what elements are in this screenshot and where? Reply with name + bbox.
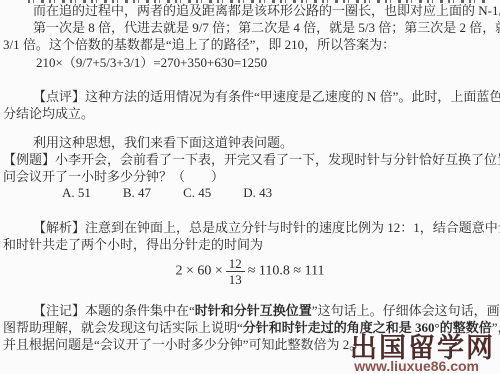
note-line-1-pre: 【注记】本题的条件集中在“	[33, 303, 195, 318]
analysis-line-1: 【解析】注意到在钟面上，总是成立分针与时针的速度比例为 12：1，结合题意中分针	[33, 221, 500, 235]
watermark-site-url: www.liuxue86.com	[354, 359, 479, 374]
formula-fraction: 1213	[226, 256, 245, 287]
example-question-line: 问会议开了一小时多少分钟？（ ）	[3, 170, 224, 184]
note-line-1-bold: 时针和分针互换位置	[195, 303, 312, 318]
chase-equation: 210×（9/7+5/3+3/1）=270+350+630=1250	[36, 56, 267, 70]
document-page: 而在追的过程中，两者的追及距离都是该环形公路的一圈长，也即对应上面的 N-1。 …	[0, 0, 500, 374]
fraction-numerator: 12	[226, 256, 245, 271]
option-c: C. 45	[183, 186, 211, 200]
note-line-1-post: ”这句话上。仔细体会这句话，画个	[312, 303, 500, 318]
option-d: D. 43	[243, 186, 272, 200]
option-b: B. 47	[123, 186, 151, 200]
note-line-3: 并且根据问题是“会议开了一小时多少分钟”可知此整数倍为 2。	[3, 338, 362, 352]
option-a: A. 51	[62, 186, 91, 200]
chase-para-line-2: 第一次是 8 倍，代进去就是 9/7 倍；第二次是 4 倍，就是 5/3 倍；第…	[33, 21, 500, 35]
fraction-denominator: 13	[226, 271, 245, 287]
note-line-1: 【注记】本题的条件集中在“时针和分针互换位置”这句话上。仔细体会这句话，画个	[33, 304, 500, 318]
example-line-1: 【例题】小李开会，会前看了一下表，开完又看了一下，发现时针与分针恰好互换了位置，	[3, 153, 500, 167]
transition-line: 利用这种思想，我们来看下面这道钟表问题。	[33, 136, 293, 150]
chase-para-line-3: 3/1 倍。这个倍数的基数都是“追上了的路径”，即 210，所以答案为：	[3, 38, 395, 52]
chase-para-line-1: 而在追的过程中，两者的追及距离都是该环形公路的一圈长，也即对应上面的 N-1。	[33, 4, 500, 18]
note-line-2-pre: 图帮助理解，就会发现这句话实际上说明“	[3, 320, 243, 335]
answer-options-row: A. 51 B. 47 C. 45 D. 43	[62, 186, 272, 200]
formula-lead: 2 × 60 ×	[175, 264, 222, 279]
comment-line-2: 分结论均成立。	[3, 107, 94, 121]
analysis-line-2: 和时针共走了两个小时，得出分针走的时间为	[3, 238, 263, 252]
comment-line-1: 【点评】这种方法的适用情况为有条件“甲速度是乙速度的 N 倍”。此时，上面蓝色部	[33, 90, 500, 104]
formula-tail: ≈ 110.8 ≈ 111	[248, 264, 325, 279]
minute-hand-formula: 2 × 60 ×1213≈ 110.8 ≈ 111	[0, 256, 500, 287]
